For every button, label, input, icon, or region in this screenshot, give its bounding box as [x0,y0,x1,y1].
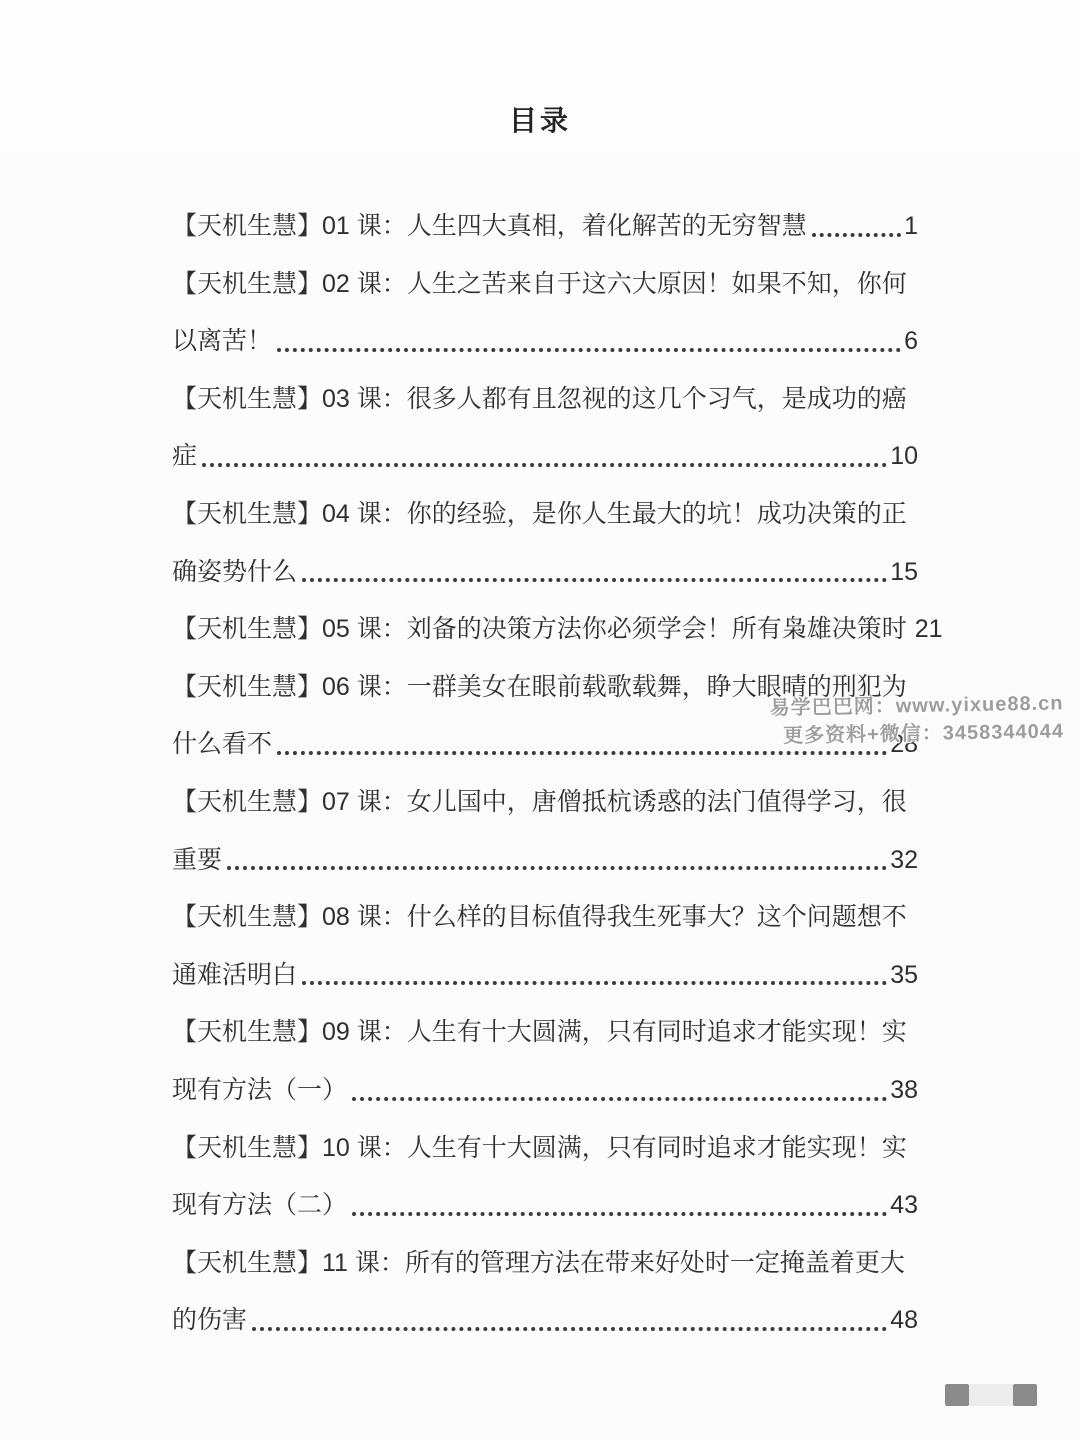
toc-entry-text: 【天机生慧】08 课：什么样的目标值得我生死事大？这个问题想不 [172,903,907,931]
toc-line: 【天机生慧】11 课：所有的管理方法在带来好处时一定掩盖着更大 [172,1235,918,1293]
toc-line: 【天机生慧】10 课：人生有十大圆满，只有同时追求才能实现！实 [172,1120,918,1178]
toc-entry-text: 确姿势什么 [172,544,297,602]
toc-line: 的伤害48 [172,1292,918,1350]
page-number: 15 [890,544,918,602]
toc-entry-text: 【天机生慧】05 课：刘备的决策方法你必须学会！所有枭雄决策时 [172,601,907,659]
toc-entry: 【天机生慧】11 课：所有的管理方法在带来好处时一定掩盖着更大的伤害48 [172,1235,918,1350]
toc-line: 症10 [172,428,918,486]
redacted-block-right [1013,1384,1037,1406]
redacted-block-middle [969,1384,1013,1406]
toc-entry-text: 【天机生慧】03 课：很多人都有且忽视的这几个习气，是成功的癌 [172,385,907,413]
dotted-leader [202,463,887,467]
watermark: 易学巴巴网：www.yixue88.cn 更多资料+微信：3458344044 [770,689,1065,750]
page-number: 35 [890,947,918,1005]
toc-entry-text: 重要 [172,832,222,890]
toc-entry: 【天机生慧】08 课：什么样的目标值得我生死事大？这个问题想不通难活明白35 [172,889,918,1004]
toc-entry: 【天机生慧】02 课：人生之苦来自于这六大原因！如果不知，你何以离苦！6 [172,256,918,371]
toc-entry-text: 通难活明白 [172,947,297,1005]
page-number: 6 [904,313,918,371]
page-title: 目录 [0,99,1080,139]
toc-entry-text: 【天机生慧】02 课：人生之苦来自于这六大原因！如果不知，你何 [172,270,907,298]
dotted-leader [812,233,901,237]
toc-line: 现有方法（一）38 [172,1062,918,1120]
toc-line: 现有方法（二）43 [172,1177,918,1235]
redacted-mark [945,1384,1037,1406]
watermark-wechat-line: 更多资料+微信：3458344044 [770,717,1064,750]
dotted-leader [302,578,887,582]
toc-entry-text: 现有方法（一） [172,1062,347,1120]
toc-entry-text: 现有方法（二） [172,1177,347,1235]
toc-line: 【天机生慧】04 课：你的经验，是你人生最大的坑！成功决策的正 [172,486,918,544]
toc-line: 【天机生慧】01 课：人生四大真相，着化解苦的无穷智慧1 [172,198,918,256]
toc-entry-text: 的伤害 [172,1292,247,1350]
toc-line: 【天机生慧】09 课：人生有十大圆满，只有同时追求才能实现！实 [172,1004,918,1062]
page-number: 43 [890,1177,918,1235]
dotted-leader [302,981,887,985]
dotted-leader [277,348,901,352]
dotted-leader [252,1327,887,1331]
toc-entry-text: 以离苦！ [172,313,272,371]
dotted-leader [277,751,887,755]
toc-entry: 【天机生慧】10 课：人生有十大圆满，只有同时追求才能实现！实现有方法（二）43 [172,1120,918,1235]
dotted-leader [352,1212,887,1216]
dotted-leader [352,1097,887,1101]
toc-line: 【天机生慧】03 课：很多人都有且忽视的这几个习气，是成功的癌 [172,371,918,429]
toc-entry: 【天机生慧】03 课：很多人都有且忽视的这几个习气，是成功的癌症10 [172,371,918,486]
toc-line: 确姿势什么15 [172,544,918,602]
toc-line: 【天机生慧】07 课：女儿国中，唐僧抵杭诱惑的法门值得学习，很 [172,774,918,832]
document-page: 目录 【天机生慧】01 课：人生四大真相，着化解苦的无穷智慧1【天机生慧】02 … [0,0,1080,1440]
toc-line: 【天机生慧】02 课：人生之苦来自于这六大原因！如果不知，你何 [172,256,918,314]
dotted-leader [227,866,887,870]
toc-line: 重要32 [172,832,918,890]
toc-entry: 【天机生慧】09 课：人生有十大圆满，只有同时追求才能实现！实现有方法（一）38 [172,1004,918,1119]
toc-entry: 【天机生慧】07 课：女儿国中，唐僧抵杭诱惑的法门值得学习，很重要32 [172,774,918,889]
page-number: 10 [890,428,918,486]
toc-entry-text: 【天机生慧】09 课：人生有十大圆满，只有同时追求才能实现！实 [172,1018,907,1046]
toc-entry-text: 症 [172,428,197,486]
page-number: 38 [890,1062,918,1120]
toc-entry: 【天机生慧】05 课：刘备的决策方法你必须学会！所有枭雄决策时21 [172,601,918,659]
toc-line: 【天机生慧】08 课：什么样的目标值得我生死事大？这个问题想不 [172,889,918,947]
toc-entry: 【天机生慧】01 课：人生四大真相，着化解苦的无穷智慧1 [172,198,918,256]
page-number: 1 [904,198,918,256]
page-number: 48 [890,1292,918,1350]
toc-entry-text: 【天机生慧】11 课：所有的管理方法在带来好处时一定掩盖着更大 [172,1249,905,1277]
toc-entry-text: 【天机生慧】07 课：女儿国中，唐僧抵杭诱惑的法门值得学习，很 [172,788,907,816]
page-number: 21 [915,601,943,659]
toc-entry-text: 【天机生慧】04 课：你的经验，是你人生最大的坑！成功决策的正 [172,500,907,528]
toc-line: 通难活明白35 [172,947,918,1005]
toc-entry-text: 【天机生慧】10 课：人生有十大圆满，只有同时追求才能实现！实 [172,1134,907,1162]
page-number: 32 [890,832,918,890]
toc-entry-text: 【天机生慧】01 课：人生四大真相，着化解苦的无穷智慧 [172,198,807,256]
redacted-block-left [945,1384,969,1406]
toc-entry-text: 什么看不 [172,716,272,774]
toc-entry: 【天机生慧】04 课：你的经验，是你人生最大的坑！成功决策的正确姿势什么15 [172,486,918,601]
toc-line: 【天机生慧】05 课：刘备的决策方法你必须学会！所有枭雄决策时21 [172,601,918,659]
toc-line: 以离苦！6 [172,313,918,371]
table-of-contents: 【天机生慧】01 课：人生四大真相，着化解苦的无穷智慧1【天机生慧】02 课：人… [172,198,918,1350]
